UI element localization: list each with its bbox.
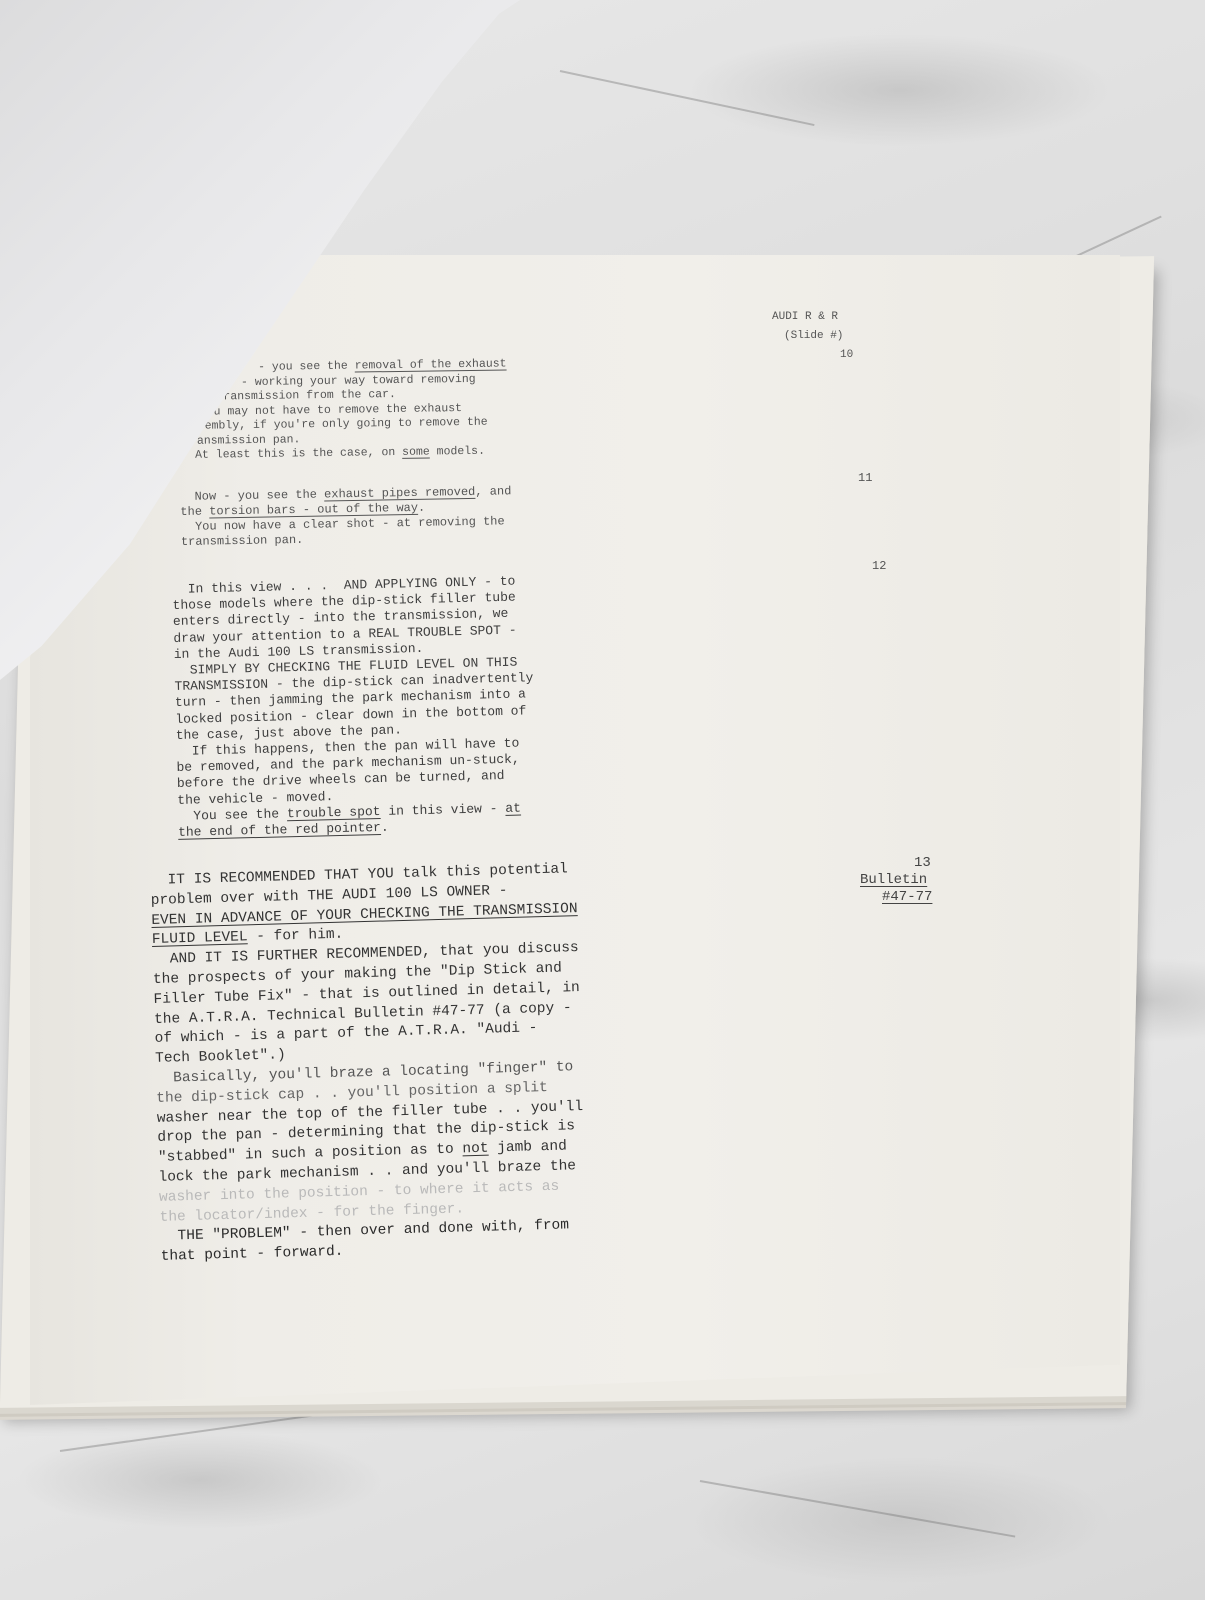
slide-number-12: 12 (872, 560, 886, 572)
document-title: AUDI R & R (772, 312, 838, 323)
document-subtitle: (Slide #) (784, 331, 843, 342)
bulletin-number: #47-77 (882, 890, 932, 904)
slide-number-10: 10 (840, 350, 853, 361)
slide-number-11: 11 (858, 472, 872, 484)
underlined-phrase: FLUID LEVEL (152, 930, 248, 949)
section-11: Now - you see the exhaust pipes removed,… (180, 484, 512, 550)
section-13: IT IS RECOMMENDED THAT YOU talk this pot… (150, 860, 587, 1268)
underlined-phrase: trouble spot (287, 804, 381, 821)
marble-vein (700, 1480, 1015, 1538)
underlined-phrase: not (462, 1141, 489, 1158)
bulletin-label: Bulletin (860, 873, 927, 887)
underlined-phrase: exhaust pipes removed (324, 485, 475, 502)
underlined-phrase: removal of the exhaust (355, 357, 507, 372)
slide-number-13: 13 (914, 856, 931, 870)
underlined-phrase: at (505, 800, 521, 815)
underlined-phrase: some (402, 446, 430, 459)
section-12: In this view . . . AND APPLYING ONLY - t… (172, 573, 537, 841)
marble-vein (560, 70, 815, 126)
marble-vein (60, 1408, 357, 1452)
